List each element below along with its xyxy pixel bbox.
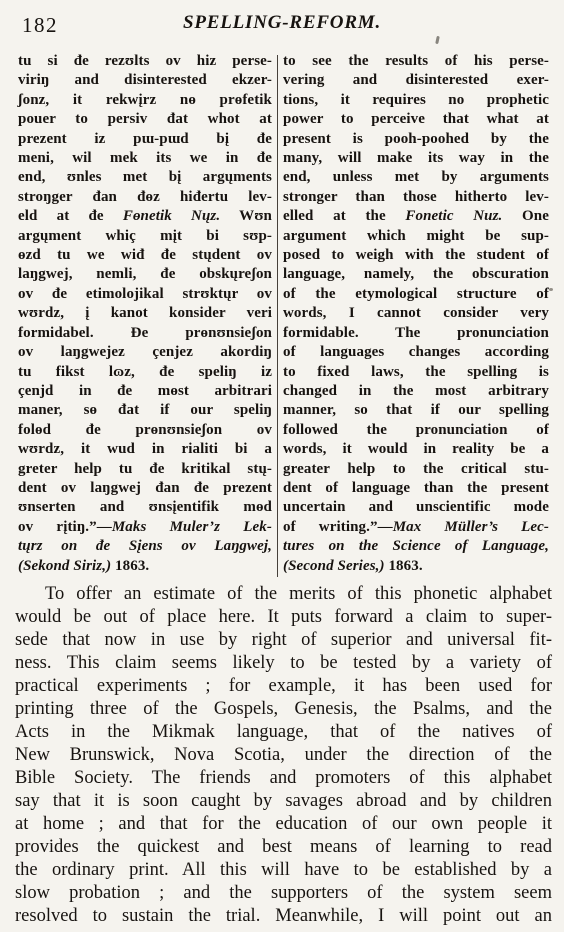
text-line: uncertain and unscientific mode [283,498,549,517]
text-line: stroŋger đan đɵz hiđertu lev- [18,188,272,207]
text-line: of the etymological structure of [283,285,549,304]
text-line: vering and disinterested exer- [283,71,549,90]
body-paragraph: To offer an estimate of the merits of th… [15,583,552,928]
text-line: words, I cannot consider very [283,304,549,323]
book-page: 182 SPELLING-REFORM. tu si đe rezʊlts ov… [0,0,564,932]
text-line: end, ʊnles met bį argųments [18,168,272,187]
text-line: to see the results of his perse- [283,52,549,71]
text-line: present is pooh-poohed by the [283,130,549,149]
text-line: elled at the Fonetic Nuz. One [283,207,549,226]
text-line: formidabel. Đe prɵnʊnsieʃon [18,324,272,343]
text-line: of writing.”—Max Müller’s Lec- [283,518,549,537]
text-line: greter help tu đe kritikal stų- [18,460,272,479]
text-line: ov đe etimolojikal strʊktųr ov [18,285,272,304]
text-line: tions, it requires no prophetic [283,91,549,110]
text-line: (Sekond Siriz,) 1863. [18,557,272,576]
phonetic-column: tu si đe rezʊlts ov hiz perse-viriŋ and … [18,52,272,577]
text-line: words, it would in reality be a [283,440,549,459]
text-line: would be out of place here. It puts forw… [15,606,552,629]
text-line: posed to weigh with the student of [283,246,549,265]
text-line: the ordinary print. All this will have t… [15,859,552,882]
text-line: practical experiments ; for example, it … [15,675,552,698]
text-line: tu fikst lɷz, đe speliŋ iz [18,363,272,382]
text-line: wʊrdz, į kanot konsider veri [18,304,272,323]
text-line: changed in the most arbitrary [283,382,549,401]
text-line: sede that now in use by right of superio… [15,629,552,652]
page-number: 182 [22,13,58,38]
text-line: laŋgwej, nemli, đe obskųreʃon [18,265,272,284]
text-line: wʊrdz, it wud in rialiti bi a [18,440,272,459]
text-line: viriŋ and disinterested ekzer- [18,71,272,90]
text-line: ov laŋgwejez çenjez akordiŋ [18,343,272,362]
text-line: Bible Society. The friends and promoters… [15,767,552,790]
scan-speck [435,36,440,44]
text-line: slow probation ; and the supporters of t… [15,882,552,905]
text-line: meni, wil mek its we in đe [18,149,272,168]
text-line: ɵzd tu we wiđ đe stųdent ov [18,246,272,265]
scan-speck [549,288,553,291]
text-line: dent of language than the present [283,479,549,498]
text-line: prezent iz pɯ-pɯd bį đe [18,130,272,149]
text-line: Acts in the Mikmak language, that of the… [15,721,552,744]
column-divider [277,55,278,577]
text-line: argųment whiç mįt bi sʊp- [18,227,272,246]
text-line: greater help to the critical stu- [283,460,549,479]
text-line: tu si đe rezʊlts ov hiz perse- [18,52,272,71]
text-line: tųrz on đe Sįens ov Laŋgwej, [18,537,272,556]
text-line: maner, sɵ đat if our speliŋ [18,401,272,420]
text-line: say that it is soon caught by savages ab… [15,790,552,813]
english-column: to see the results of his perse-vering a… [283,52,549,577]
text-line: ʊnserten and ʊnsįentifik mɵd [18,498,272,517]
text-line: followed the pronunciation of [283,421,549,440]
page-header: 182 SPELLING-REFORM. [0,10,564,42]
text-line: many, will make its way in the [283,149,549,168]
text-line: formidable. The pronunciation [283,324,549,343]
text-line: eld at đe Fɵnetik Nųz. Wʊn [18,207,272,226]
text-line: to fixed laws, the spelling is [283,363,549,382]
text-line: ov rįtiŋ.”—Maks Muler’z Lek- [18,518,272,537]
running-title: SPELLING-REFORM. [0,10,564,34]
text-line: (Second Series,) 1863. [283,557,549,576]
text-line: dent ov laŋgwej đan đe prezent [18,479,272,498]
text-line: of languages changes according [283,343,549,362]
text-line: manner, so that if our spelling [283,401,549,420]
text-line: resolved to sustain the trial. Meanwhile… [15,905,552,928]
text-line: argument which might be sup- [283,227,549,246]
text-line: çenjd in đe mɵst arbitrari [18,382,272,401]
text-line: tures on the Science of Language, [283,537,549,556]
text-line: ness. This claim seems likely to be test… [15,652,552,675]
text-line: language, namely, the obscuration [283,265,549,284]
two-column-block: tu si đe rezʊlts ov hiz perse-viriŋ and … [18,52,549,577]
text-line: New Brunswick, Nova Scotia, under the di… [15,744,552,767]
text-line: ʃonz, it rekwįrz nɵ prɵfetik [18,91,272,110]
text-line: at home ; and that for the education of … [15,813,552,836]
text-line: end, unless met by arguments [283,168,549,187]
text-line: printing three of the Gospels, Genesis, … [15,698,552,721]
text-line: stronger than those hitherto lev- [283,188,549,207]
text-line: power to perceive that what at [283,110,549,129]
text-line: pouer to persiv đat whot at [18,110,272,129]
text-line: To offer an estimate of the merits of th… [15,583,552,606]
text-line: folɵd đe prɵnʊnsieʃon ov [18,421,272,440]
text-line: provides the quickest and best means of … [15,836,552,859]
